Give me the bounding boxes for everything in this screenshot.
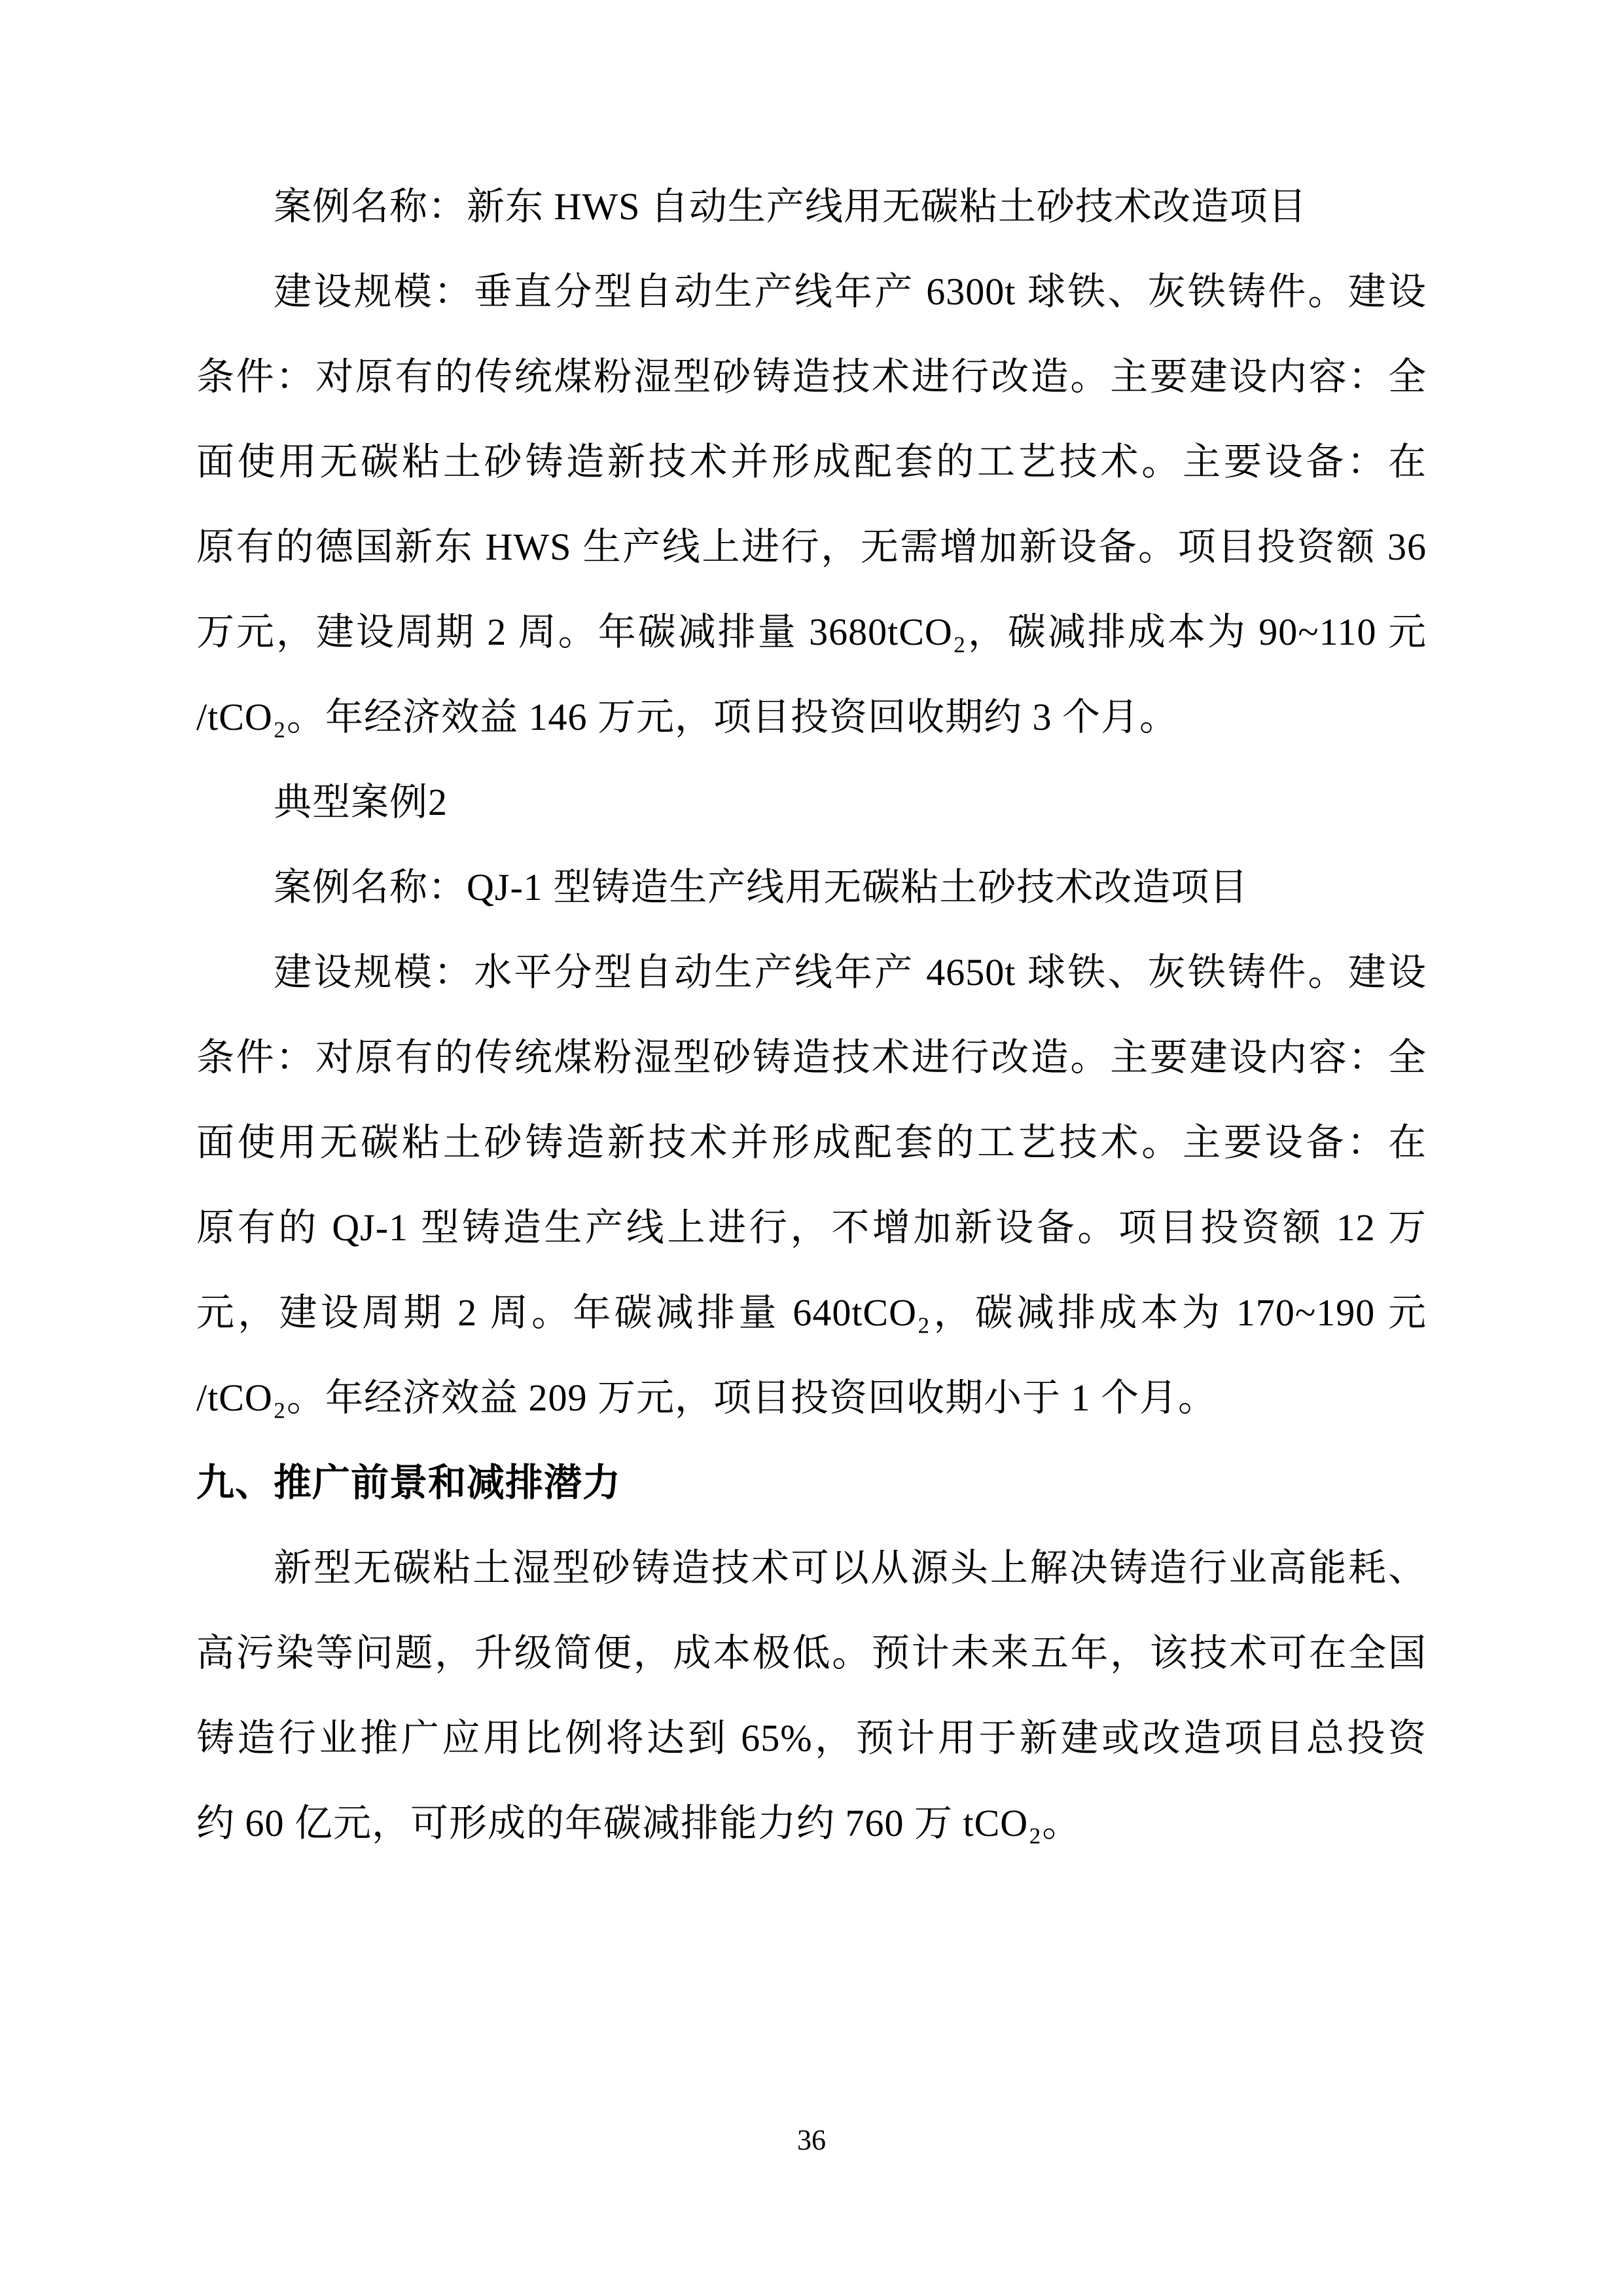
text-line: 条件：对原有的传统煤粉湿型砂铸造技术进行改造。主要建设内容：全 — [196, 334, 1427, 420]
case1-title-line: 案例名称：新东 HWS 自动生产线用无碳粘土砂技术改造项目 — [196, 164, 1427, 249]
text-line: 面使用无碳粘土砂铸造新技术并形成配套的工艺技术。主要设备：在 — [196, 420, 1427, 505]
text-line: 建设规模：垂直分型自动生产线年产 6300t 球铁、灰铁铸件。建设 — [196, 249, 1427, 334]
text-line: /tCO₂。年经济效益 209 万元，项目投资回收期小于 1 个月。 — [196, 1355, 1427, 1441]
text-line: 面使用无碳粘土砂铸造新技术并形成配套的工艺技术。主要设备：在 — [196, 1100, 1427, 1185]
text-line: 高污染等问题，升级简便，成本极低。预计未来五年，该技术可在全国 — [196, 1611, 1427, 1696]
text-line: 铸造行业推广应用比例将达到 65%，预计用于新建或改造项目总投资 — [196, 1696, 1427, 1781]
case2-label-line: 典型案例2 — [196, 760, 1427, 845]
text-line: 元，建设周期 2 周。年碳减排量 640tCO₂，碳减排成本为 170~190 … — [196, 1270, 1427, 1355]
document-page: 案例名称：新东 HWS 自动生产线用无碳粘土砂技术改造项目 建设规模：垂直分型自… — [0, 0, 1623, 2296]
text-line: 约 60 亿元，可形成的年碳减排能力约 760 万 tCO₂。 — [196, 1781, 1427, 1866]
page-number: 36 — [0, 2121, 1623, 2160]
section-heading: 九、推广前景和减排潜力 — [196, 1441, 1427, 1526]
text-line: 原有的德国新东 HWS 生产线上进行，无需增加新设备。项目投资额 36 — [196, 505, 1427, 590]
document-body: 案例名称：新东 HWS 自动生产线用无碳粘土砂技术改造项目 建设规模：垂直分型自… — [196, 164, 1427, 1866]
text-line: 新型无碳粘土湿型砂铸造技术可以从源头上解决铸造行业高能耗、 — [196, 1526, 1427, 1611]
text-line: 万元，建设周期 2 周。年碳减排量 3680tCO₂，碳减排成本为 90~110… — [196, 590, 1427, 675]
text-line: 建设规模：水平分型自动生产线年产 4650t 球铁、灰铁铸件。建设 — [196, 930, 1427, 1015]
text-line: 原有的 QJ-1 型铸造生产线上进行，不增加新设备。项目投资额 12 万 — [196, 1185, 1427, 1270]
text-line: /tCO₂。年经济效益 146 万元，项目投资回收期约 3 个月。 — [196, 675, 1427, 760]
case2-title-line: 案例名称：QJ-1 型铸造生产线用无碳粘土砂技术改造项目 — [196, 845, 1427, 930]
text-line: 条件：对原有的传统煤粉湿型砂铸造技术进行改造。主要建设内容：全 — [196, 1015, 1427, 1100]
